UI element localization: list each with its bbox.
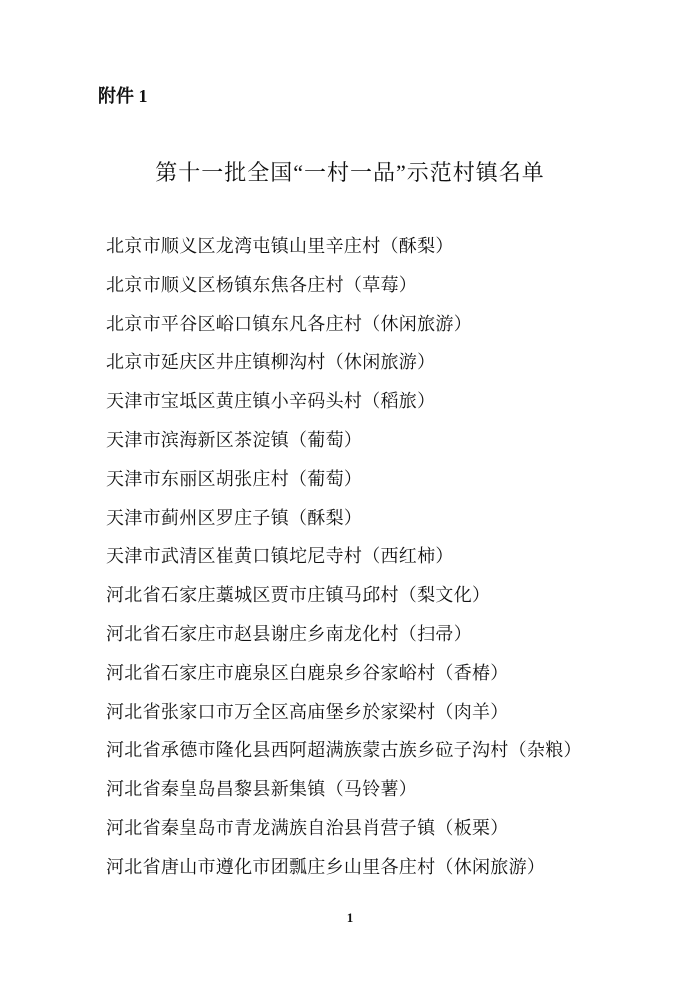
attachment-label: 附件 1 (98, 85, 148, 107)
list-item: 河北省石家庄市赵县谢庄乡南龙化村（扫帚） (106, 615, 640, 654)
village-list: 北京市顺义区龙湾屯镇山里辛庄村（酥梨） 北京市顺义区杨镇东焦各庄村（草莓） 北京… (106, 227, 640, 887)
list-item: 河北省唐山市遵化市团瓢庄乡山里各庄村（休闲旅游） (106, 848, 640, 887)
list-item: 天津市东丽区胡张庄村（葡萄） (106, 460, 640, 499)
list-item: 河北省承德市隆化县西阿超满族蒙古族乡砬子沟村（杂粮） (106, 731, 640, 770)
list-item: 北京市平谷区峪口镇东凡各庄村（休闲旅游） (106, 305, 640, 344)
page-number: 1 (0, 910, 700, 926)
list-item: 天津市蓟州区罗庄子镇（酥梨） (106, 499, 640, 538)
list-item: 北京市顺义区龙湾屯镇山里辛庄村（酥梨） (106, 227, 640, 266)
list-item: 河北省秦皇岛昌黎县新集镇（马铃薯） (106, 770, 640, 809)
list-item: 天津市宝坻区黄庄镇小辛码头村（稻旅） (106, 382, 640, 421)
list-item: 天津市武清区崔黄口镇坨尼寺村（西红柿） (106, 537, 640, 576)
list-item: 河北省石家庄市鹿泉区白鹿泉乡谷家峪村（香椿） (106, 654, 640, 693)
list-item: 河北省秦皇岛市青龙满族自治县肖营子镇（板栗） (106, 809, 640, 848)
list-item: 北京市延庆区井庄镇柳沟村（休闲旅游） (106, 343, 640, 382)
list-item: 河北省张家口市万全区高庙堡乡於家梁村（肉羊） (106, 693, 640, 732)
list-item: 天津市滨海新区茶淀镇（葡萄） (106, 421, 640, 460)
document-title: 第十一批全国“一村一品”示范村镇名单 (0, 158, 700, 188)
list-item: 北京市顺义区杨镇东焦各庄村（草莓） (106, 266, 640, 305)
document-page: 附件 1 第十一批全国“一村一品”示范村镇名单 北京市顺义区龙湾屯镇山里辛庄村（… (0, 0, 700, 990)
list-item: 河北省石家庄藁城区贾市庄镇马邱村（梨文化） (106, 576, 640, 615)
